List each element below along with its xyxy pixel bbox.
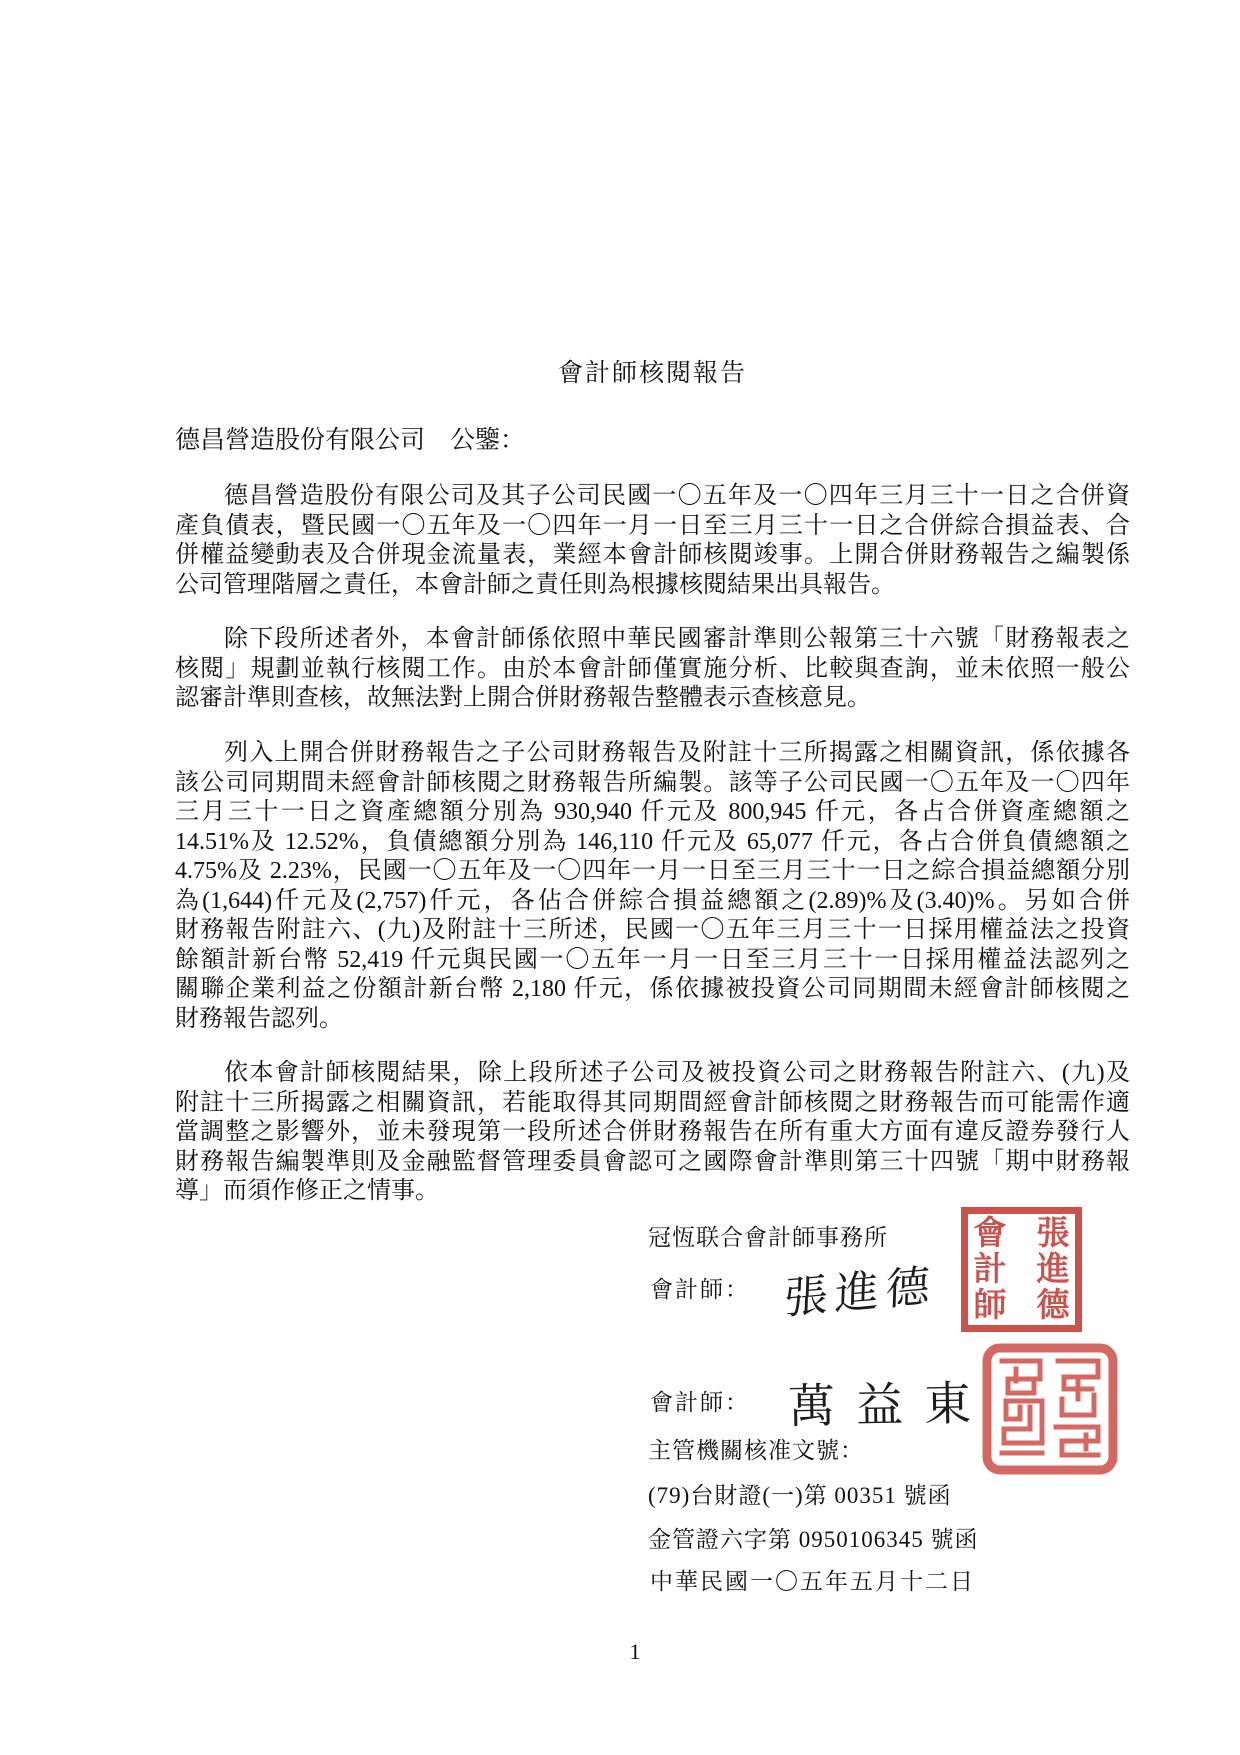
accountant-signature-2: 萬益東 bbox=[787, 1366, 992, 1437]
paragraph-4: 依本會計師核閱結果，除上段所述子公司及被投資公司之財務報告附註六、(九)及 附註… bbox=[175, 1059, 1130, 1207]
seal-column-left: 會計師 bbox=[973, 1216, 1007, 1323]
body-line: 認審計準則查核，故無法對上開合併財務報告整體表示查核意見。 bbox=[175, 684, 1130, 714]
paragraph-3: 列入上開合併財務報告之子公司財務報告及附註十三所揭露之相關資訊，係依據各 該公司… bbox=[175, 739, 1130, 1034]
accountant-seal-2-stamp bbox=[982, 1343, 1118, 1475]
accountant-label-2: 會計師： bbox=[650, 1384, 750, 1417]
body-line: 餘額計新台幣 52,419 仟元與民國一〇五年一月一日至三月三十一日採用權益法認… bbox=[175, 946, 1130, 976]
report-page: 會計師核閱報告 德昌營造股份有限公司 公鑒： 德昌營造股份有限公司及其子公司民國… bbox=[0, 0, 1240, 1755]
body-line: 該公司同期間未經會計師核閱之財務報告所編製。該等子公司民國一〇五年及一〇四年 bbox=[175, 769, 1130, 799]
accountant-label-1: 會計師： bbox=[650, 1271, 750, 1304]
firm-name: 冠恆联合會計師事務所 bbox=[648, 1219, 888, 1252]
salutation-line: 德昌營造股份有限公司 公鑒： bbox=[175, 420, 525, 456]
body-line: 公司管理階層之責任，本會計師之責任則為根據核閱結果出具報告。 bbox=[175, 571, 1130, 601]
body-line: 當調整之影響外，並未發現第一段所述合併財務報告在所有重大方面有違反證券發行人 bbox=[175, 1118, 1130, 1148]
body-line: 德昌營造股份有限公司及其子公司民國一〇五年及一〇四年三月三十一日之合併資 bbox=[175, 482, 1130, 512]
accountant-seal-1-stamp: 張進德 會計師 bbox=[961, 1207, 1082, 1332]
body-line: 除下段所述者外，本會計師係依照中華民國審計準則公報第三十六號「財務報表之 bbox=[175, 625, 1130, 655]
body-line: 附註十三所揭露之相關資訊，若能取得其同期間經會計師核閱之財務報告而可能需作適 bbox=[175, 1089, 1130, 1119]
body-line: 依本會計師核閱結果，除上段所述子公司及被投資公司之財務報告附註六、(九)及 bbox=[175, 1059, 1130, 1089]
report-date: 中華民國一〇五年五月十二日 bbox=[650, 1563, 975, 1596]
approval-line-1: (79)台財證(一)第 00351 號函 bbox=[648, 1477, 952, 1510]
body-line: 財務報告認列。 bbox=[175, 1005, 1130, 1035]
accountant-signature-1: 張進德 bbox=[783, 1249, 938, 1327]
body-line: 併權益變動表及合併現金流量表，業經本會計師核閱竣事。上開合併財務報告之編製係 bbox=[175, 541, 1130, 571]
approval-line-2: 金管證六字第 0950106345 號函 bbox=[648, 1521, 979, 1554]
body-line: 三月三十一日之資產總額分別為 930,940 仟元及 800,945 仟元，各占… bbox=[175, 798, 1130, 828]
seal-script-pattern bbox=[982, 1343, 1118, 1475]
body-line: 關聯企業利益之份額計新台幣 2,180 仟元，係依據被投資公司同期間未經會計師核… bbox=[175, 975, 1130, 1005]
seal-column-right: 張進德 bbox=[1036, 1216, 1070, 1323]
body-line: 財務報告編製準則及金融監督管理委員會認可之國際會計準則第三十四號「期中財務報 bbox=[175, 1148, 1130, 1178]
body-line: 4.75%及 2.23%，民國一〇五年及一〇四年一月一日至三月三十一日之綜合損益… bbox=[175, 857, 1130, 887]
body-line: 產負債表，暨民國一〇五年及一〇四年一月一日至三月三十一日之合併綜合損益表、合 bbox=[175, 512, 1130, 542]
approval-header: 主管機關核准文號： bbox=[648, 1432, 864, 1465]
body-line: 為(1,644)仟元及(2,757)仟元，各佔合併綜合損益總額之(2.89)%及… bbox=[175, 887, 1130, 917]
paragraph-1: 德昌營造股份有限公司及其子公司民國一〇五年及一〇四年三月三十一日之合併資 產負債… bbox=[175, 482, 1130, 600]
body-line: 導」而須作修正之情事。 bbox=[175, 1177, 1130, 1207]
report-title: 會計師核閱報告 bbox=[175, 353, 1130, 389]
body-line: 列入上開合併財務報告之子公司財務報告及附註十三所揭露之相關資訊，係依據各 bbox=[175, 739, 1130, 769]
body-line: 核閱」規劃並執行核閱工作。由於本會計師僅實施分析、比較與查詢，並未依照一般公 bbox=[175, 655, 1130, 685]
paragraph-2: 除下段所述者外，本會計師係依照中華民國審計準則公報第三十六號「財務報表之 核閱」… bbox=[175, 625, 1130, 714]
body-line: 14.51%及 12.52%，負債總額分別為 146,110 仟元及 65,07… bbox=[175, 828, 1130, 858]
page-number: 1 bbox=[600, 1639, 670, 1665]
body-line: 財務報告附註六、(九)及附註十三所述，民國一〇五年三月三十一日採用權益法之投資 bbox=[175, 916, 1130, 946]
